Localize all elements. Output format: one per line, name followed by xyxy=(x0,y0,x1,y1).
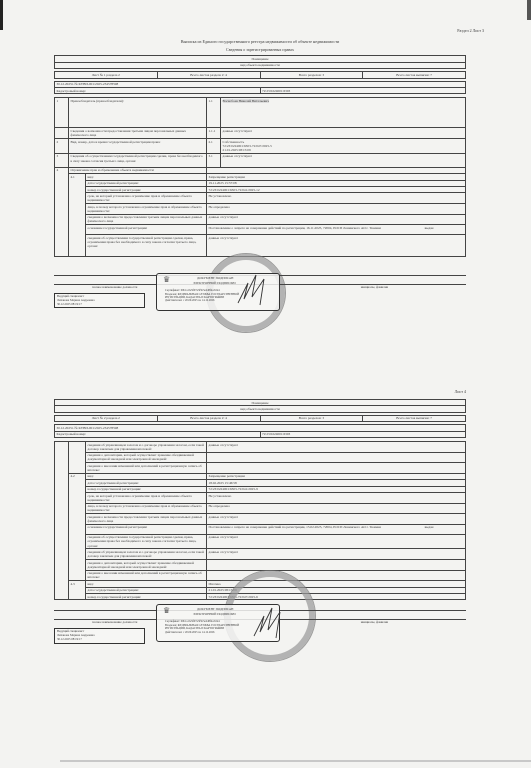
table-row: 1 Правообладатель (правообладатели): 1.1… xyxy=(55,98,466,128)
total-sheets-section: Всего листов раздела 2: 4 xyxy=(157,415,260,421)
table-row: сведения об управляющем залогом и о дого… xyxy=(55,441,466,452)
owner-name: Воскобоев Николай Витальевич xyxy=(223,99,269,103)
document-title: Выписка из Единого государственного реес… xyxy=(54,40,466,44)
name-caption: инициалы, фамилия xyxy=(361,620,388,624)
table-row: 2 Вид, номер, дата и время государственн… xyxy=(55,138,466,153)
extract-page-1: Раздел 2 Лист 3 Выписка из Единого госуд… xyxy=(54,32,466,315)
field-label: сведения об управляющем залогом и о дого… xyxy=(86,441,207,452)
table-row: сведения об осуществлении государственно… xyxy=(55,534,466,549)
field-label: номер государственной регистрации: xyxy=(86,594,207,600)
table-row: сведения о депозитарии, который осуществ… xyxy=(55,560,466,571)
field-value xyxy=(207,463,466,474)
field-value: данные отсутствуют xyxy=(207,534,466,549)
field-label: лицо, в пользу которого установлено огра… xyxy=(86,203,207,214)
page-label: Лист 4 xyxy=(455,390,466,394)
row-label: Вид, номер, дата и время государственной… xyxy=(69,138,207,153)
field-label: срок, на который установлено ограничение… xyxy=(86,193,207,204)
row-sub-number: 1.1 xyxy=(207,98,221,128)
sheet-number: Лист № 1 раздела 2 xyxy=(55,72,158,78)
object-type-table: Помещение вид объекта недвижимости xyxy=(54,55,466,69)
rights-table: 1 Правообладатель (правообладатели): 1.1… xyxy=(54,97,466,257)
signature-block: полное наименование должности инициалы, … xyxy=(54,610,466,650)
coat-of-arms-icon: ♛ xyxy=(163,278,170,281)
field-label: лицо, в пользу которого установлено огра… xyxy=(86,503,207,514)
table-row: сведения о депозитарии, который осуществ… xyxy=(55,452,466,463)
sheet-number: Лист № 2 раздела 2 xyxy=(55,415,158,421)
table-row: сведения об осуществлении государственно… xyxy=(55,235,466,257)
table-row: сведения о внесении изменений или дополн… xyxy=(55,463,466,474)
row-number: 4 xyxy=(55,167,69,256)
object-type-caption: вид объекта недвижимости xyxy=(55,406,466,412)
extract-info: 30.12.2025г. № КУВИ-001/2025-234578598 К… xyxy=(54,424,466,438)
total-sheets-section: Всего листов раздела 2: 4 xyxy=(157,72,260,78)
ecp-line: Действителен: с 20.09.2025 по 14.12.2026 xyxy=(165,299,239,302)
basis-text: Постановление о запрете на совершение де… xyxy=(209,226,381,230)
row-sub-number: 1.1.1 xyxy=(207,128,221,139)
total-sections: Всего разделов: 3 xyxy=(260,415,363,421)
field-value: Не определено xyxy=(207,203,466,214)
ecp-line: Действителен: с 20.09.2025 по 14.12.2026 xyxy=(165,631,239,634)
extract-page-2: Лист 4 Помещение вид объекта недвижимост… xyxy=(54,393,466,650)
object-type-caption: вид объекта недвижимости xyxy=(55,62,466,68)
coat-of-arms-icon: ♛ xyxy=(163,609,170,612)
field-value: Не установлено xyxy=(207,492,466,503)
row-sub-number: 4.1 xyxy=(69,174,86,257)
table-row: лицо, в пользу которого установлено огра… xyxy=(55,503,466,514)
field-value: Не определено xyxy=(207,503,466,514)
row-sub-number: 4.3 xyxy=(69,581,86,600)
table-row: основание государственной регистрации: в… xyxy=(55,524,466,534)
table-row: 3 Сведения об осуществлении государствен… xyxy=(55,153,466,167)
field-label: основание государственной регистрации: xyxy=(86,524,207,534)
field-value: выдан Постановление о запрете на соверше… xyxy=(207,225,466,235)
signer-timestamp: 30.12.2025 08:19:17 xyxy=(57,638,142,642)
signer-box: Ведущий специалист Лиханова Марина Андре… xyxy=(54,293,145,308)
scan-edge xyxy=(527,0,531,20)
table-row: лицо, в пользу которого установлено огра… xyxy=(55,203,466,214)
ecp-details: Сертификат: 00b1a1bc9f07e3f5b5e2d8f4a3c0… xyxy=(165,620,239,634)
row-value: данные отсутствуют xyxy=(221,153,466,167)
page-label: Раздел 2 Лист 3 xyxy=(457,29,484,33)
field-label: сведения о депозитарии, который осуществ… xyxy=(86,452,207,463)
row-sub-number: 4.2 xyxy=(69,473,86,581)
row-label: Правообладатель (правообладатели): xyxy=(69,98,207,128)
table-row: срок, на который установлено ограничение… xyxy=(55,492,466,503)
ecp-subtitle: ЭЛЕКТРОННОЙ ПОДПИСЬЮ xyxy=(193,282,236,285)
field-value: выдан Постановление о запрете на соверше… xyxy=(207,524,466,534)
name-caption: инициалы, фамилия xyxy=(361,285,388,289)
table-row: Сведения о возможности предоставления тр… xyxy=(55,128,466,139)
field-label: сведения о возможности предоставления тр… xyxy=(86,214,207,225)
position-caption: полное наименование должности xyxy=(92,285,137,289)
row-value: Собственность 72:23:0224001:6303-72/047/… xyxy=(221,138,466,153)
table-row: срок, на который установлено ограничение… xyxy=(55,193,466,204)
row-value: Воскобоев Николай Витальевич xyxy=(221,98,466,128)
signature-block: полное наименование должности инициалы, … xyxy=(54,275,466,315)
cadastral-number: 72:23:0224001:6303 xyxy=(260,87,466,93)
row-number: 3 xyxy=(55,153,69,167)
ecp-subtitle: ЭЛЕКТРОННОЙ ПОДПИСЬЮ xyxy=(193,613,236,616)
field-label: сведения о внесении изменений или дополн… xyxy=(86,463,207,474)
row-value: данные отсутствуют xyxy=(221,128,466,139)
handwritten-signature-icon xyxy=(234,269,274,309)
field-label: сведения об осуществлении государственно… xyxy=(86,534,207,549)
row-number xyxy=(55,128,69,139)
basis-text: Постановление о запрете на совершение де… xyxy=(209,525,381,529)
cadastral-label: Кадастровый номер: xyxy=(55,87,261,93)
field-label: сведения о возможности предоставления тр… xyxy=(86,514,207,525)
scan-edge xyxy=(0,0,3,30)
row-label: Сведения об осуществлении государственно… xyxy=(69,153,207,167)
field-value: данные отсутствуют xyxy=(207,441,466,452)
field-value: данные отсутствуют xyxy=(207,514,466,525)
row-label: Сведения о возможности предоставления тр… xyxy=(69,128,207,139)
table-row: основание государственной регистрации: в… xyxy=(55,225,466,235)
table-row: сведения об управляющем залогом и о дого… xyxy=(55,549,466,560)
field-label: сведения о депозитарии, который осуществ… xyxy=(86,560,207,571)
extract-info: 30.12.2025г. № КУВИ-001/2025-234578598 К… xyxy=(54,81,466,95)
field-label: сведения об осуществлении государственно… xyxy=(86,235,207,257)
field-value: данные отсутствуют xyxy=(207,214,466,225)
signer-timestamp: 30.12.2025 08:19:17 xyxy=(57,303,142,307)
document-subtitle: Сведения о зарегистрированных правах xyxy=(54,48,466,52)
field-label: срок, на который установлено ограничение… xyxy=(86,492,207,503)
row-sub-number: 3.1 xyxy=(207,153,221,167)
field-value: Не установлено xyxy=(207,193,466,204)
total-sections: Всего разделов: 3 xyxy=(260,72,363,78)
row-number: 2 xyxy=(55,138,69,153)
scan-bottom-edge xyxy=(60,760,531,762)
handwritten-signature-icon xyxy=(250,602,290,642)
meta-row: Лист № 2 раздела 2 Всего листов раздела … xyxy=(54,415,466,422)
total-sheets-extract: Всего листов выписки: 7 xyxy=(363,415,466,421)
field-value xyxy=(207,452,466,463)
meta-row: Лист № 1 раздела 2 Всего листов раздела … xyxy=(54,71,466,78)
field-label: сведения о внесении изменений или дополн… xyxy=(86,570,207,581)
signer-box: Ведущий специалист Лиханова Марина Андре… xyxy=(54,628,145,643)
issued-note: выдан xyxy=(425,226,434,230)
field-label: сведения об управляющем залогом и о дого… xyxy=(86,549,207,560)
ecp-details: Сертификат: 00b1a1bc9f07e3f5b5e2d8f4a3c0… xyxy=(165,289,239,303)
table-row: сведения о возможности предоставления тр… xyxy=(55,514,466,525)
row-sub-number xyxy=(69,441,86,473)
ecp-title: ДОКУМЕНТ ПОДПИСАН xyxy=(197,277,233,280)
position-caption: полное наименование должности xyxy=(92,620,137,624)
object-type-table: Помещение вид объекта недвижимости xyxy=(54,399,466,413)
row-number: 1 xyxy=(55,98,69,128)
cadastral-number: 72:23:0224001:6303 xyxy=(260,431,466,437)
cadastral-label: Кадастровый номер: xyxy=(55,431,261,437)
issued-note: выдан xyxy=(425,525,434,529)
row-number xyxy=(55,441,69,599)
field-value xyxy=(207,560,466,571)
field-label: основание государственной регистрации: xyxy=(86,225,207,235)
row-sub-number: 2.1 xyxy=(207,138,221,153)
table-row: сведения о возможности предоставления тр… xyxy=(55,214,466,225)
field-value: данные отсутствуют xyxy=(207,549,466,560)
total-sheets-extract: Всего листов выписки: 7 xyxy=(363,72,466,78)
